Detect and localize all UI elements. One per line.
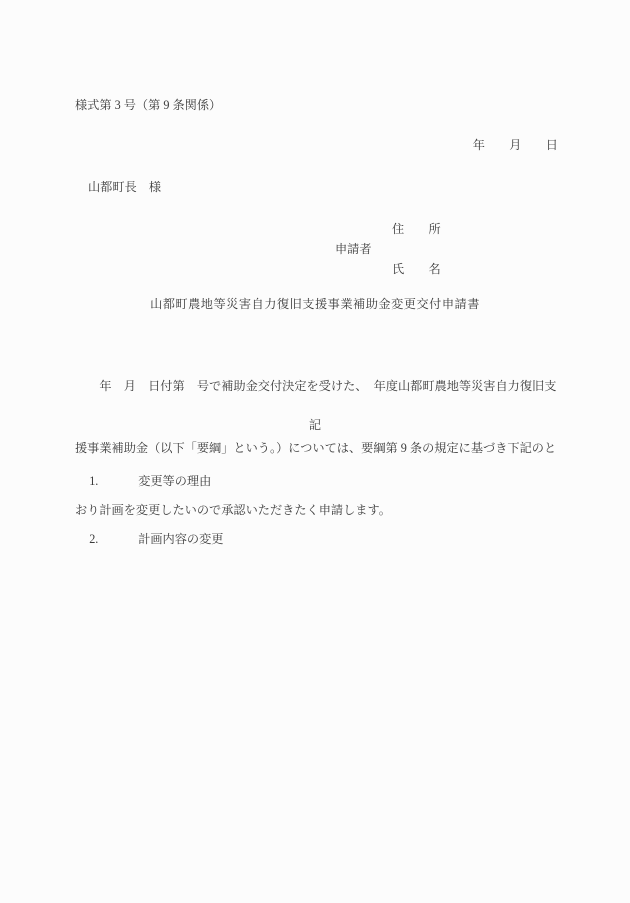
item-label: 変更等の理由 [138, 474, 211, 488]
list-item: 1.変更等の理由 [77, 457, 211, 504]
applicant-address-label: 住 所 [392, 220, 441, 237]
applicant-role-label: 申請者 [335, 240, 372, 257]
applicant-name-label: 氏 名 [392, 260, 441, 277]
body-line: 援事業補助金（以下「要綱」という。）については、要綱第 9 条の規定に基づき下記… [75, 438, 562, 459]
list-item: 2.計画内容の変更 [77, 515, 224, 562]
form-number-label: 様式第 3 号（第 9 条関係） [75, 96, 221, 113]
item-label: 計画内容の変更 [138, 532, 223, 546]
item-number: 2. [89, 532, 138, 547]
date-line: 年 月 日 [473, 136, 558, 153]
document-page: 様式第 3 号（第 9 条関係） 年 月 日 山都町長 様 申請者 住 所 氏 … [0, 0, 630, 903]
addressee-line: 山都町長 様 [88, 178, 161, 195]
document-title: 山都町農地等災害自力復旧支援事業補助金変更交付申請書 [0, 295, 630, 312]
body-line: 年 月 日付第 号で補助金交付決定を受けた、 年度山都町農地等災害自力復旧支 [75, 376, 562, 397]
record-heading: 記 [0, 416, 630, 433]
item-number: 1. [89, 474, 138, 489]
